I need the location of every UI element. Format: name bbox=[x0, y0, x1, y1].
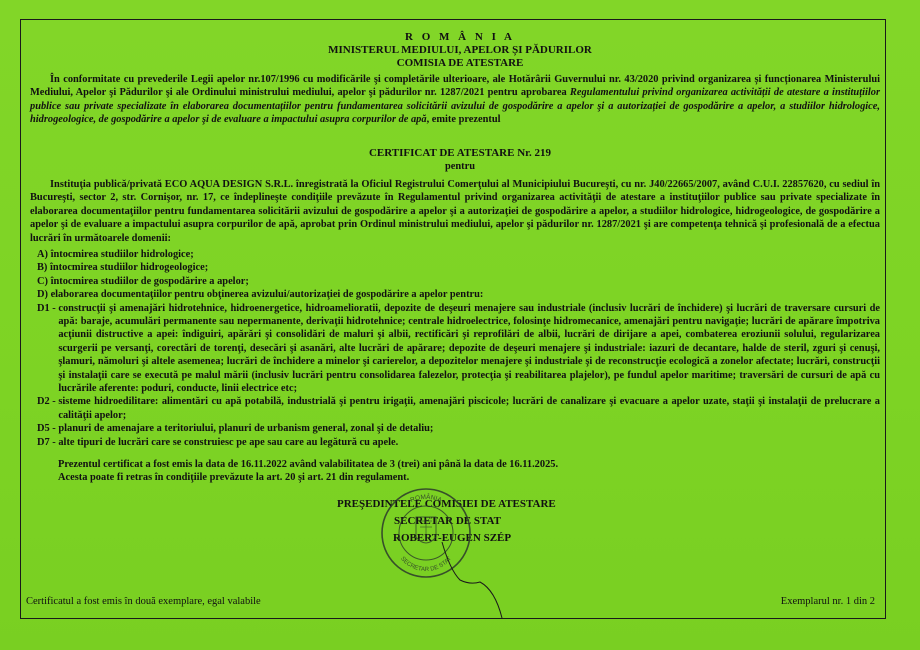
ministry-name: MINISTERUL MEDIULUI, APELOR ȘI PĂDURILOR bbox=[0, 44, 920, 57]
signatory-role: PREŞEDINTELE COMISIEI DE ATESTARE bbox=[337, 496, 556, 513]
domain-item: D) elaborarea documentaţiilor pentru obţ… bbox=[37, 288, 880, 301]
institution-text: Instituţia publică/privată ECO AQUA DESI… bbox=[30, 179, 880, 244]
validity-block: Prezentul certificat a fost emis la data… bbox=[58, 458, 878, 485]
certificate-title-block: CERTIFICAT DE ATESTARE Nr. 219 pentru bbox=[0, 147, 920, 173]
intro-paragraph: În conformitate cu prevederile Legii ape… bbox=[30, 73, 880, 127]
validity-dates: Prezentul certificat a fost emis la data… bbox=[58, 458, 878, 471]
domain-item: D2 - sisteme hidroedilitare: alimentări … bbox=[37, 395, 880, 422]
copies-note: Certificatul a fost emis în două exempla… bbox=[26, 596, 261, 607]
certificate-title: CERTIFICAT DE ATESTARE Nr. 219 bbox=[0, 147, 920, 160]
copy-number: Exemplarul nr. 1 din 2 bbox=[781, 596, 875, 607]
domains-list: A) întocmirea studiilor hidrologice; B) … bbox=[37, 248, 880, 449]
header: R O M Â N I A MINISTERUL MEDIULUI, APELO… bbox=[0, 31, 920, 70]
revocation-note: Acesta poate fi retras în condiţiile pre… bbox=[58, 471, 878, 484]
signatory-title: SECRETAR DE STAT bbox=[337, 513, 556, 530]
domain-item: D1 - construcţii şi amenajări hidrotehni… bbox=[37, 302, 880, 396]
domain-item: A) întocmirea studiilor hidrologice; bbox=[37, 248, 880, 261]
certificate-subtitle: pentru bbox=[0, 160, 920, 173]
signature-stroke-icon bbox=[440, 540, 520, 620]
domain-item: C) întocmirea studiilor de gospodărire a… bbox=[37, 275, 880, 288]
domain-item: D7 - alte tipuri de lucrări care se cons… bbox=[37, 436, 880, 449]
domain-item: B) întocmirea studiilor hidrogeologice; bbox=[37, 261, 880, 274]
domain-item: D5 - planuri de amenajare a teritoriului… bbox=[37, 422, 880, 435]
commission-name: COMISIA DE ATESTARE bbox=[0, 57, 920, 70]
institution-paragraph: Instituţia publică/privată ECO AQUA DESI… bbox=[30, 178, 880, 245]
country-name: R O M Â N I A bbox=[0, 31, 920, 44]
intro-emits: , emite prezentul bbox=[427, 114, 501, 125]
